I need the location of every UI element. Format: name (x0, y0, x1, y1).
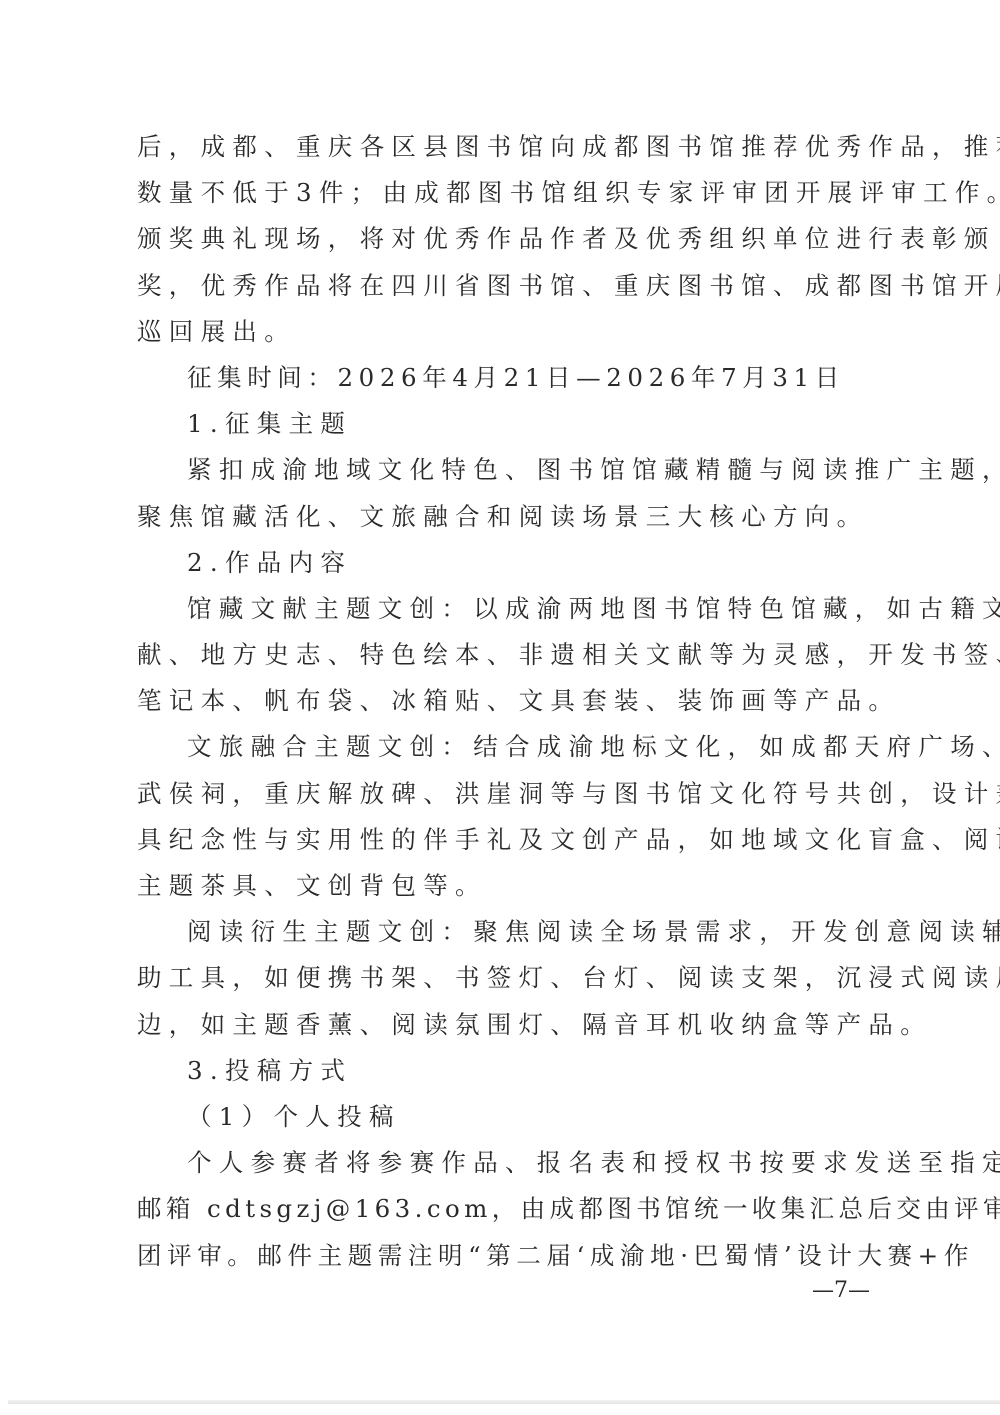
document-page: 后，成都、重庆各区县图书馆向成都图书馆推荐优秀作品，推荐 数量不低于3件；由成都… (0, 0, 1000, 1415)
text-line: 聚焦馆藏活化、文旅融合和阅读场景三大核心方向。 (137, 494, 877, 540)
text-line: 个人参赛者将参赛作品、报名表和授权书按要求发送至指定 (137, 1140, 877, 1186)
page-number: —7— (812, 1278, 870, 1303)
section-heading-theme: 1.征集主题 (137, 401, 877, 447)
text-line: 主题茶具、文创背包等。 (137, 863, 877, 909)
document-body: 后，成都、重庆各区县图书馆向成都图书馆推荐优秀作品，推荐 数量不低于3件；由成都… (137, 124, 877, 1279)
text-line: 阅读衍生主题文创：聚焦阅读全场景需求，开发创意阅读辅 (137, 909, 877, 955)
text-line: 巡回展出。 (137, 309, 877, 355)
text-line: 文旅融合主题文创：结合成渝地标文化，如成都天府广场、 (137, 724, 877, 770)
email-line: 邮箱 cdtsgzj@163.com，由成都图书馆统一收集汇总后交由评审 (137, 1186, 877, 1232)
text-line: 边，如主题香薰、阅读氛围灯、隔音耳机收纳盒等产品。 (137, 1002, 877, 1048)
subsection-heading-individual: （1）个人投稿 (137, 1094, 877, 1140)
text-line: 颁奖典礼现场，将对优秀作品作者及优秀组织单位进行表彰颁 (137, 216, 877, 262)
section-heading-content: 2.作品内容 (137, 540, 877, 586)
text-line: 笔记本、帆布袋、冰箱贴、文具套装、装饰画等产品。 (137, 678, 877, 724)
text-line: 武侯祠，重庆解放碑、洪崖洞等与图书馆文化符号共创，设计兼 (137, 771, 877, 817)
text-line: 紧扣成渝地域文化特色、图书馆馆藏精髓与阅读推广主题， (137, 447, 877, 493)
text-line: 馆藏文献主题文创：以成渝两地图书馆特色馆藏，如古籍文 (137, 586, 877, 632)
section-heading-submission: 3.投稿方式 (137, 1048, 877, 1094)
text-line: 献、地方史志、特色绘本、非遗相关文献等为灵感，开发书签、 (137, 632, 877, 678)
text-line: 奖，优秀作品将在四川省图书馆、重庆图书馆、成都图书馆开展 (137, 263, 877, 309)
text-line: 具纪念性与实用性的伴手礼及文创产品，如地域文化盲盒、阅读 (137, 817, 877, 863)
text-line: 数量不低于3件；由成都图书馆组织专家评审团开展评审工作。 (137, 170, 877, 216)
text-line: 后，成都、重庆各区县图书馆向成都图书馆推荐优秀作品，推荐 (137, 124, 877, 170)
collection-period: 征集时间：2026年4月21日—2026年7月31日 (137, 355, 877, 401)
scan-edge-divider (8, 1400, 1000, 1404)
text-line: 助工具，如便携书架、书签灯、台灯、阅读支架，沉浸式阅读周 (137, 955, 877, 1001)
text-line: 团评审。邮件主题需注明“第二届‘成渝地·巴蜀情’设计大赛+作 (137, 1233, 877, 1279)
